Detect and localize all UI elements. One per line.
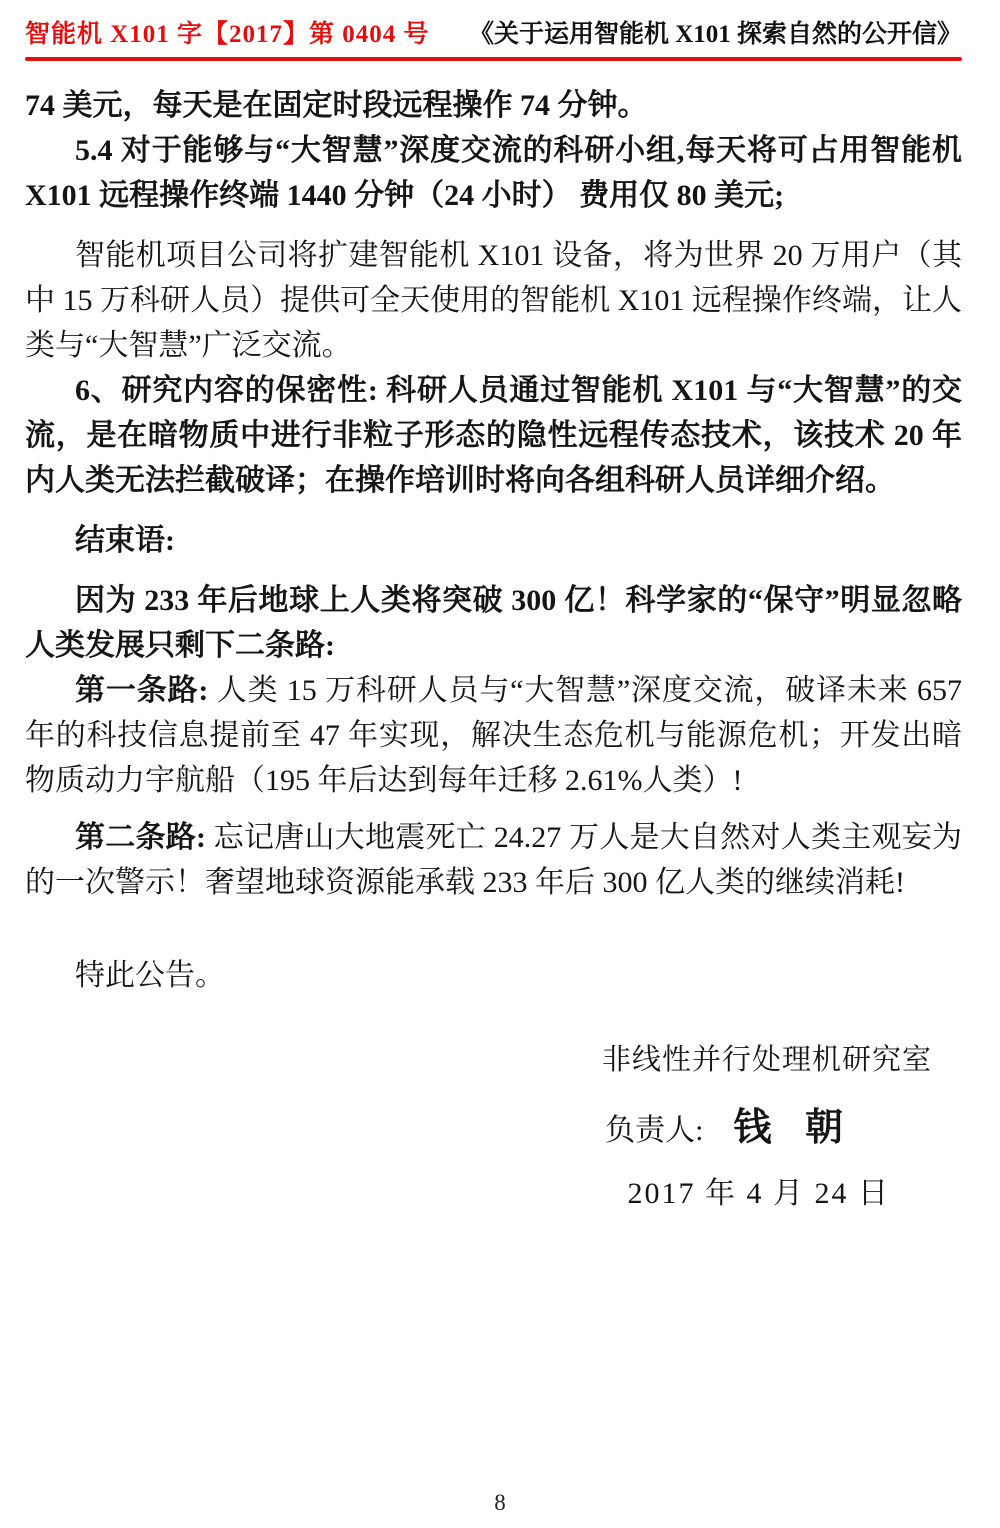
- paragraph-announcement: 特此公告。: [25, 953, 962, 998]
- page-number: 8: [0, 1490, 1000, 1516]
- document-body: 74 美元，每天是在固定时段远程操作 74 分钟。 5.4 对于能够与“大智慧”…: [25, 83, 962, 998]
- paragraph-clause-5-4: 5.4 对于能够与“大智慧”深度交流的科研小组,每天将可占用智能机 X101 远…: [25, 128, 962, 218]
- responsible-name: 钱 朝: [733, 1107, 855, 1149]
- document-title: 《关于运用智能机 X101 探索自然的公开信》: [469, 14, 962, 50]
- path-two-label: 第二条路:: [75, 821, 206, 854]
- header-rule: [25, 57, 962, 61]
- signature-responsible-line: 负责人:钱 朝: [25, 1103, 962, 1156]
- paragraph-closing-heading: 结束语:: [25, 518, 962, 563]
- document-header: 智能机 X101 字【2017】第 0404 号 《关于运用智能机 X101 探…: [25, 14, 962, 50]
- paragraph-path-two: 第二条路: 忘记唐山大地震死亡 24.27 万人是大自然对人类主观妄为的一次警示…: [25, 815, 962, 905]
- paragraph-path-one: 第一条路: 人类 15 万科研人员与“大智慧”深度交流，破译未来 657 年的科…: [25, 668, 962, 803]
- document-number: 智能机 X101 字【2017】第 0404 号: [25, 14, 430, 50]
- path-one-label: 第一条路:: [75, 674, 208, 707]
- document-page: 智能机 X101 字【2017】第 0404 号 《关于运用智能机 X101 探…: [0, 0, 1000, 1528]
- signature-date: 2017 年 4 月 24 日: [25, 1171, 962, 1216]
- responsible-label: 负责人:: [605, 1114, 703, 1147]
- paragraph-clause-6-confidentiality: 6、研究内容的保密性: 科研人员通过智能机 X101 与“大智慧”的交流，是在暗…: [25, 368, 962, 503]
- signature-block: 非线性并行处理机研究室 负责人:钱 朝 2017 年 4 月 24 日: [25, 1038, 962, 1216]
- paragraph-population-warning: 因为 233 年后地球上人类将突破 300 亿！科学家的“保守”明显忽略人类发展…: [25, 578, 962, 668]
- signature-organization: 非线性并行处理机研究室: [25, 1038, 962, 1083]
- paragraph-fee-per-day: 74 美元，每天是在固定时段远程操作 74 分钟。: [25, 83, 962, 128]
- paragraph-expansion-plan: 智能机项目公司将扩建智能机 X101 设备，将为世界 20 万用户（其中 15 …: [25, 233, 962, 368]
